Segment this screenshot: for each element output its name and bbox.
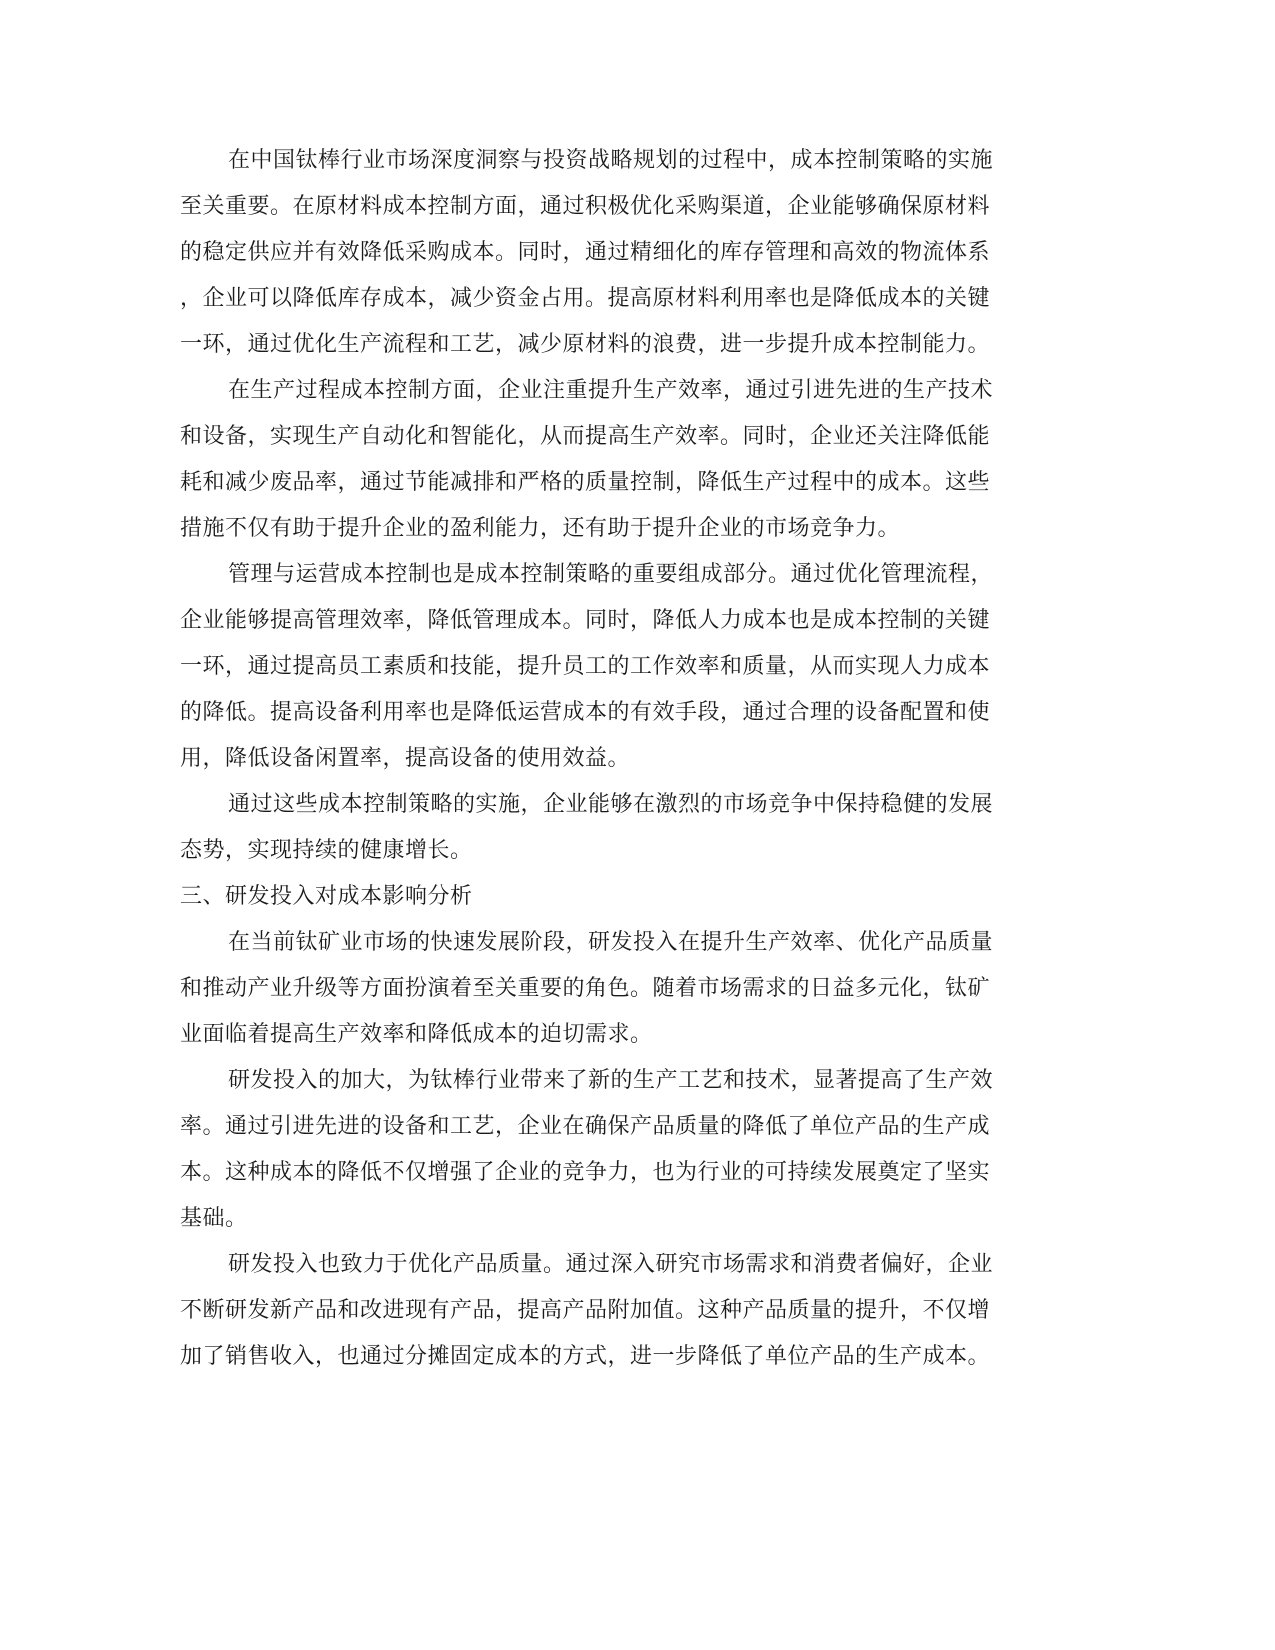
text-line: 研发投入也致力于优化产品质量。通过深入研究市场需求和消费者偏好，企业: [180, 1242, 1040, 1288]
text-line: 不断研发新产品和改进现有产品，提高产品附加值。这种产品质量的提升，不仅增: [180, 1288, 1040, 1334]
text-line: 耗和减少废品率，通过节能减排和严格的质量控制，降低生产过程中的成本。这些: [180, 460, 1040, 506]
text-line: 管理与运营成本控制也是成本控制策略的重要组成部分。通过优化管理流程，: [180, 552, 1040, 598]
paragraph-rd-market-context: 在当前钛矿业市场的快速发展阶段，研发投入在提升生产效率、优化产品质量 和推动产业…: [180, 920, 1040, 1058]
text-line: 在中国钛棒行业市场深度洞察与投资战略规划的过程中，成本控制策略的实施: [180, 138, 1040, 184]
text-line: 本。这种成本的降低不仅增强了企业的竞争力，也为行业的可持续发展奠定了坚实: [180, 1150, 1040, 1196]
text-line: 加了销售收入，也通过分摊固定成本的方式，进一步降低了单位产品的生产成本。: [180, 1334, 1040, 1380]
text-line: ，企业可以降低库存成本，减少资金占用。提高原材料利用率也是降低成本的关键: [180, 276, 1040, 322]
paragraph-raw-material-cost: 在中国钛棒行业市场深度洞察与投资战略规划的过程中，成本控制策略的实施 至关重要。…: [180, 138, 1040, 368]
text-line: 在当前钛矿业市场的快速发展阶段，研发投入在提升生产效率、优化产品质量: [180, 920, 1040, 966]
text-line: 的稳定供应并有效降低采购成本。同时，通过精细化的库存管理和高效的物流体系: [180, 230, 1040, 276]
section-heading-text: 三、研发投入对成本影响分析: [180, 874, 1040, 920]
paragraph-summary: 通过这些成本控制策略的实施，企业能够在激烈的市场竞争中保持稳健的发展 态势，实现…: [180, 782, 1040, 874]
document-page: 在中国钛棒行业市场深度洞察与投资战略规划的过程中，成本控制策略的实施 至关重要。…: [180, 138, 1040, 1380]
text-line: 至关重要。在原材料成本控制方面，通过积极优化采购渠道，企业能够确保原材料: [180, 184, 1040, 230]
text-line: 一环，通过优化生产流程和工艺，减少原材料的浪费，进一步提升成本控制能力。: [180, 322, 1040, 368]
text-line: 基础。: [180, 1196, 1040, 1242]
paragraph-rd-quality: 研发投入也致力于优化产品质量。通过深入研究市场需求和消费者偏好，企业 不断研发新…: [180, 1242, 1040, 1380]
text-line: 通过这些成本控制策略的实施，企业能够在激烈的市场竞争中保持稳健的发展: [180, 782, 1040, 828]
section-heading: 三、研发投入对成本影响分析: [180, 874, 1040, 920]
text-line: 在生产过程成本控制方面，企业注重提升生产效率，通过引进先进的生产技术: [180, 368, 1040, 414]
text-line: 的降低。提高设备利用率也是降低运营成本的有效手段，通过合理的设备配置和使: [180, 690, 1040, 736]
text-line: 和推动产业升级等方面扮演着至关重要的角色。随着市场需求的日益多元化，钛矿: [180, 966, 1040, 1012]
paragraph-production-cost: 在生产过程成本控制方面，企业注重提升生产效率，通过引进先进的生产技术 和设备，实…: [180, 368, 1040, 552]
text-line: 企业能够提高管理效率，降低管理成本。同时，降低人力成本也是成本控制的关键: [180, 598, 1040, 644]
text-line: 业面临着提高生产效率和降低成本的迫切需求。: [180, 1012, 1040, 1058]
text-line: 态势，实现持续的健康增长。: [180, 828, 1040, 874]
text-line: 研发投入的加大，为钛棒行业带来了新的生产工艺和技术，显著提高了生产效: [180, 1058, 1040, 1104]
text-line: 措施不仅有助于提升企业的盈利能力，还有助于提升企业的市场竞争力。: [180, 506, 1040, 552]
paragraph-management-cost: 管理与运营成本控制也是成本控制策略的重要组成部分。通过优化管理流程， 企业能够提…: [180, 552, 1040, 782]
paragraph-rd-efficiency: 研发投入的加大，为钛棒行业带来了新的生产工艺和技术，显著提高了生产效 率。通过引…: [180, 1058, 1040, 1242]
text-line: 一环，通过提高员工素质和技能，提升员工的工作效率和质量，从而实现人力成本: [180, 644, 1040, 690]
text-line: 和设备，实现生产自动化和智能化，从而提高生产效率。同时，企业还关注降低能: [180, 414, 1040, 460]
text-line: 率。通过引进先进的设备和工艺，企业在确保产品质量的降低了单位产品的生产成: [180, 1104, 1040, 1150]
text-line: 用，降低设备闲置率，提高设备的使用效益。: [180, 736, 1040, 782]
